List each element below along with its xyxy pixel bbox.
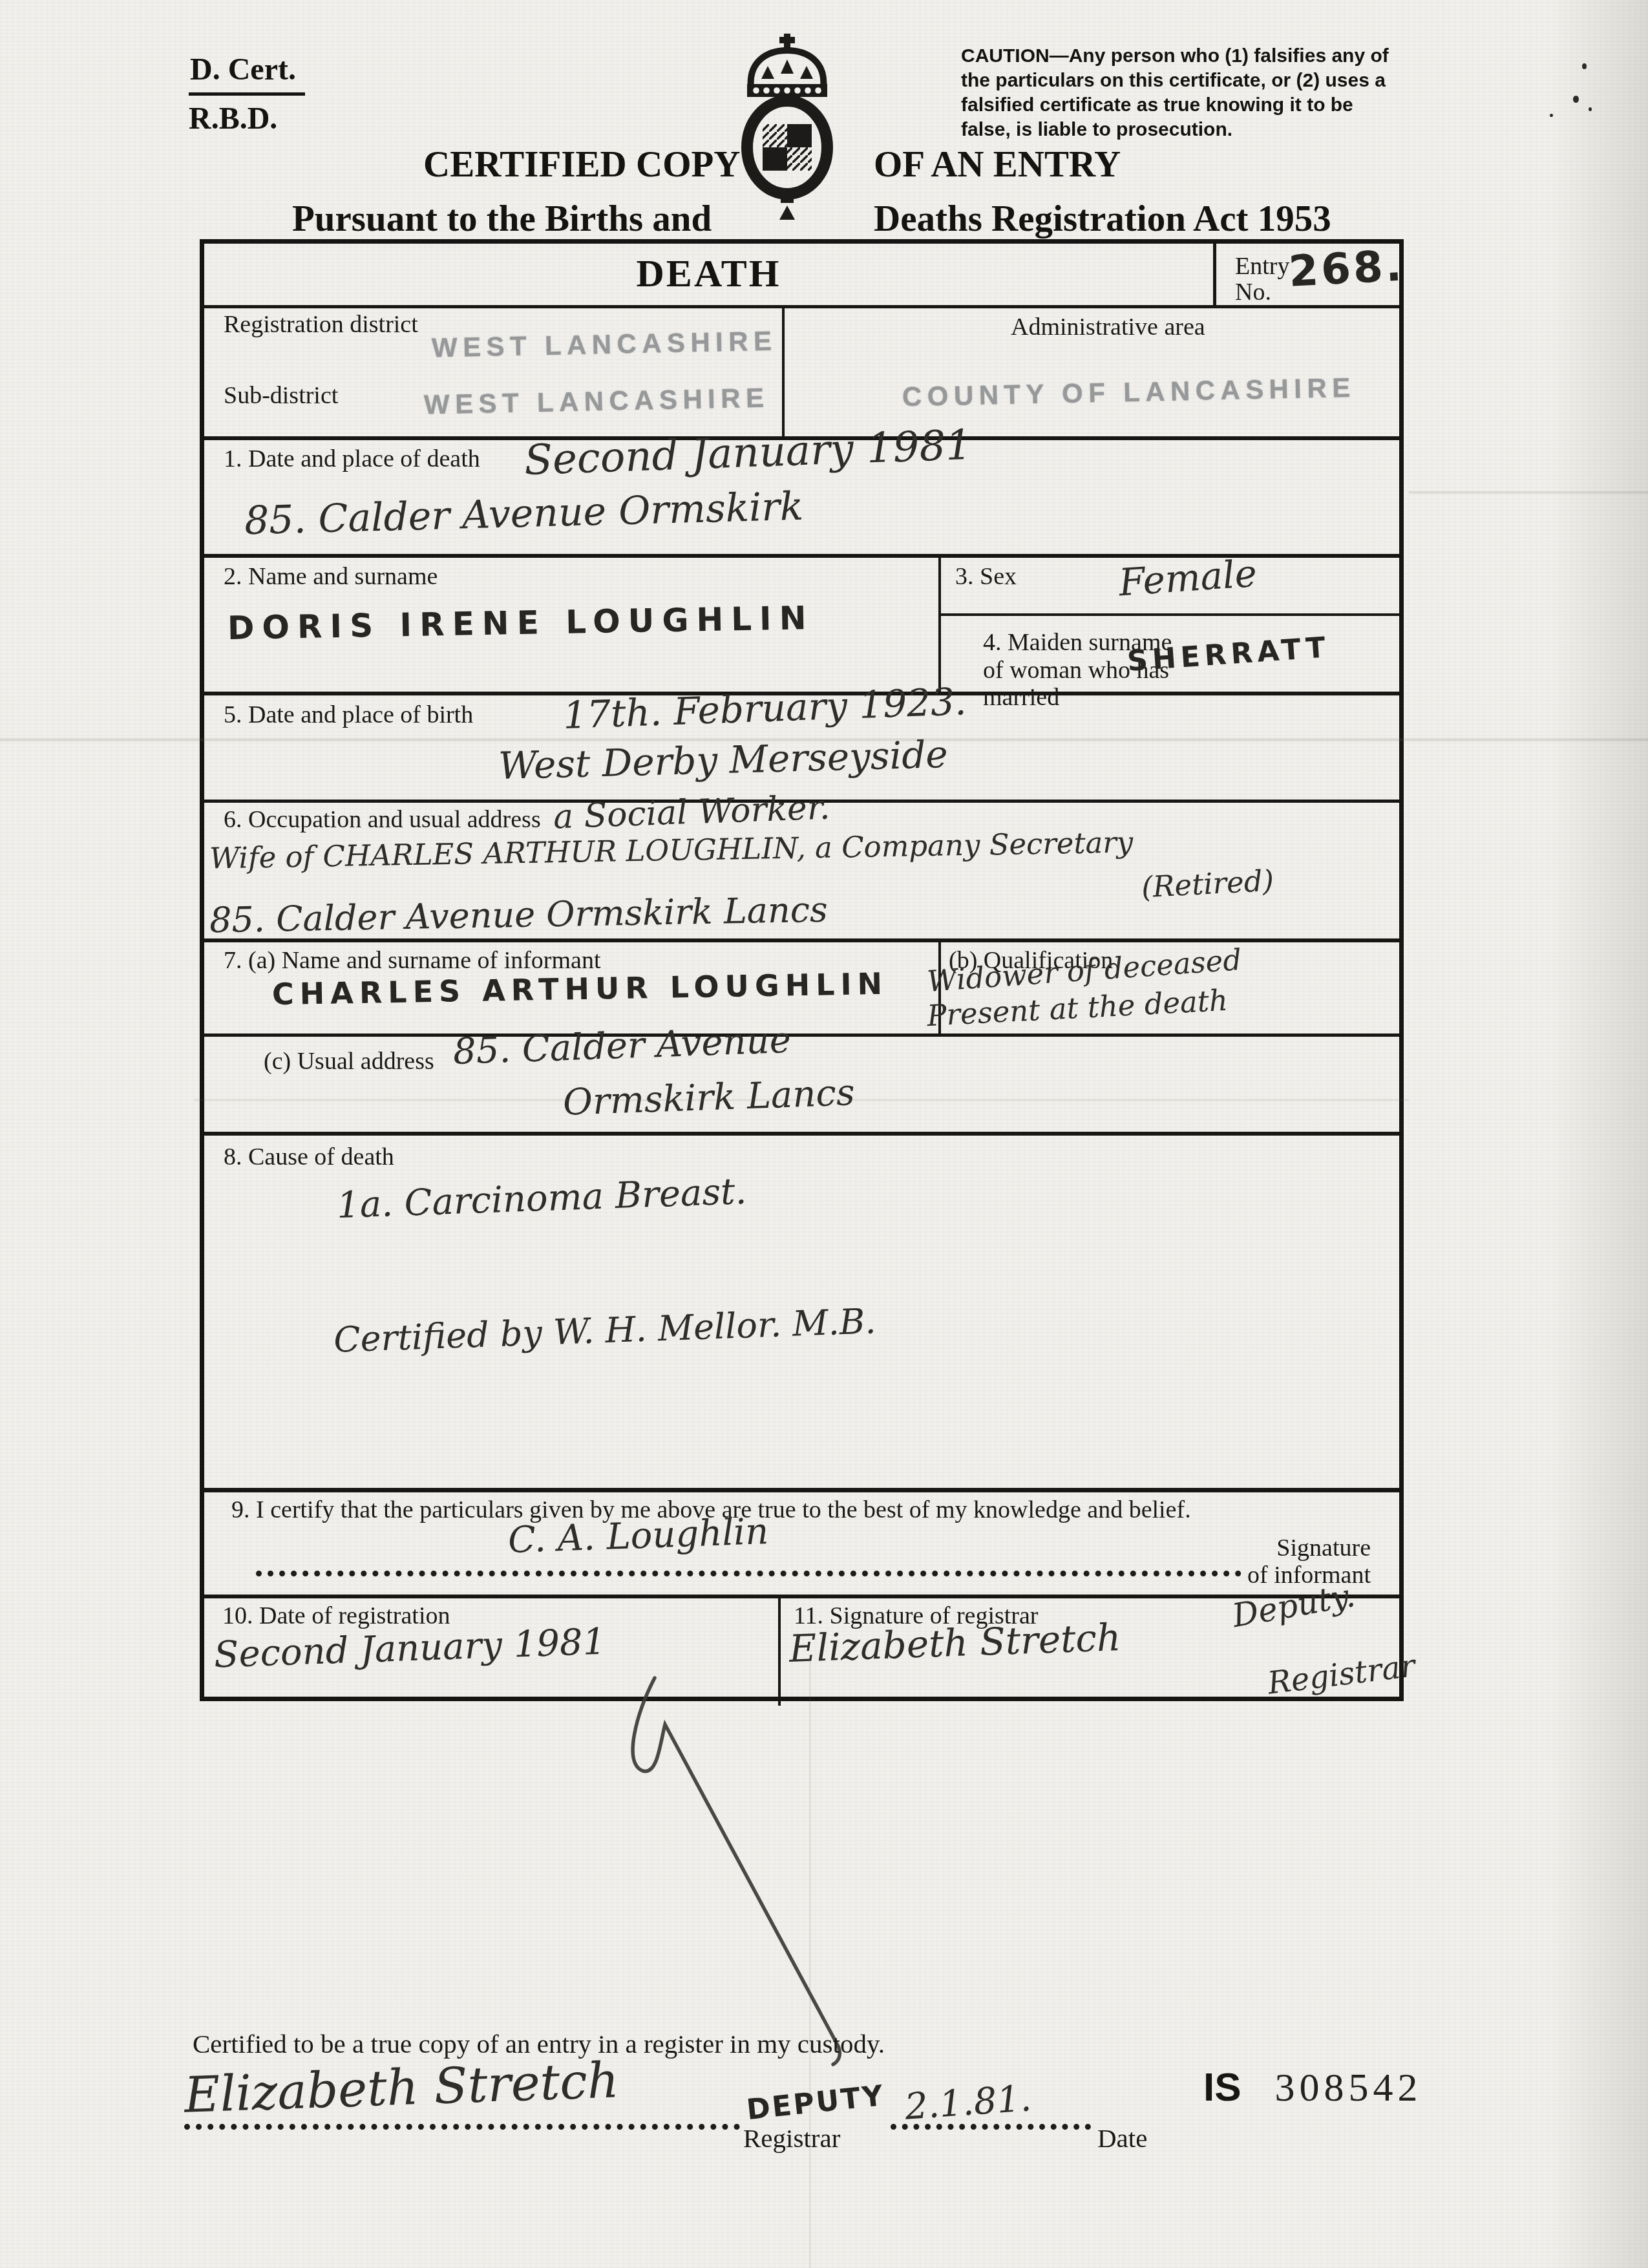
entry-label-line1: Entry [1235, 253, 1289, 281]
s3-label: 3. Sex [955, 563, 1017, 591]
caution-notice: CAUTION—Any person who (1) falsifies any… [961, 44, 1397, 142]
table-rule [778, 1595, 781, 1706]
form-code-top: D. Cert. [189, 52, 305, 96]
royal-coat-of-arms-icon [723, 31, 852, 225]
footer-signature-dotted-line [184, 2124, 740, 2130]
footer-registrar-signature: Elizabeth Stretch [184, 2055, 620, 2119]
serial-number: 308542 [1275, 2066, 1422, 2110]
footer-date-dotted-line [891, 2124, 1091, 2130]
certificate-table: DEATH Entry No. 268. Registration distri… [200, 239, 1404, 1701]
table-rule [204, 305, 1399, 308]
paper-fold [809, 1655, 811, 2268]
serial-prefix: IS [1203, 2065, 1241, 2110]
header-pursuant: Pursuant to the Births and [292, 198, 712, 240]
form-code-block: D. Cert. R.B.D. [189, 52, 305, 136]
s1-value-line1: Second January 1981 [523, 425, 973, 482]
s7c-value-line1: 85. Calder Avenue [452, 1023, 791, 1070]
ink-speck [1589, 107, 1592, 111]
registration-district-label: Registration district [224, 311, 418, 339]
sub-district-label: Sub-district [224, 382, 338, 410]
table-rule [204, 1132, 1399, 1136]
table-rule [204, 1033, 1399, 1037]
ink-speck [1582, 63, 1587, 69]
sig-label-line1: Signature [1238, 1535, 1371, 1562]
table-rule [938, 613, 1399, 616]
s2-value: DORIS IRENE LOUGHLIN [227, 602, 814, 644]
header-of-an-entry: OF AN ENTRY [874, 143, 1121, 185]
form-code-bottom: R.B.D. [189, 101, 305, 136]
table-rule [204, 1488, 1399, 1492]
table-rule [204, 1595, 1399, 1598]
s5-label: 5. Date and place of birth [224, 701, 473, 729]
paper-crease [1409, 491, 1648, 494]
ink-speck [1550, 114, 1553, 117]
s2-label: 2. Name and surname [224, 563, 438, 591]
s8-label: 8. Cause of death [224, 1143, 394, 1171]
s9-informant-signature: C. A. Loughlin [507, 1514, 769, 1559]
s5-value-line2: West Derby Merseyside [498, 736, 948, 785]
s7c-label: (c) Usual address [264, 1048, 434, 1076]
s3-value: Female [1117, 555, 1258, 602]
s7c-value-line2: Ormskirk Lancs [562, 1075, 855, 1121]
s6-value-line3: 85. Calder Avenue Ormskirk Lancs [209, 893, 829, 938]
s6-value-line1: a Social Worker. [553, 791, 830, 834]
scanned-death-certificate: D. Cert. R.B.D. CAUTION—Any person who (… [0, 0, 1648, 2268]
admin-area-label: Administrative area [1011, 313, 1205, 341]
s7a-value: CHARLES ARTHUR LOUGHLIN [272, 969, 889, 1010]
s10-value: Second January 1981 [213, 1624, 606, 1673]
s8-value-line2: Certified by W. H. Mellor. M.B. [333, 1304, 876, 1357]
registration-district-value: WEST LANCASHIRE [432, 325, 777, 363]
header-act: Deaths Registration Act 1953 [874, 198, 1331, 240]
sub-district-value: WEST LANCASHIRE [424, 382, 770, 420]
s1-label: 1. Date and place of death [224, 445, 480, 473]
s7a-label: 7. (a) Name and surname of informant [224, 947, 601, 975]
s6-value-line2: Wife of CHARLES ARTHUR LOUGHLIN, a Compa… [209, 828, 1134, 873]
s6-label: 6. Occupation and usual address [224, 806, 541, 834]
serial-number-block: IS 308542 [1203, 2064, 1422, 2111]
death-title: DEATH [204, 251, 1213, 296]
admin-area-value: COUNTY OF LANCASHIRE [902, 372, 1356, 413]
entry-number-value: 268. [1287, 244, 1405, 293]
footer-date-value: 2.1.81. [903, 2081, 1032, 2126]
entry-label-line2: No. [1235, 279, 1271, 306]
header-certified-copy: CERTIFIED COPY [423, 143, 740, 185]
footer-date-label: Date [1097, 2124, 1147, 2154]
ink-speck [1573, 96, 1579, 103]
s11-registrar-signature: Elizabeth Stretch [788, 1618, 1121, 1668]
s8-value-line1: 1a. Carcinoma Breast. [336, 1174, 747, 1224]
s1-value-line2: 85. Calder Avenue Ormskirk [244, 487, 804, 541]
s6-value-line2b: (Retired) [1141, 866, 1274, 902]
s11-title-registrar: Registrar [1266, 1650, 1417, 1699]
s5-value-line1: 17th. February 1923. [562, 683, 967, 734]
scan-edge-shadow [1551, 0, 1648, 2268]
table-rule [204, 938, 1399, 942]
footer-deputy-handwritten: DEPUTY [745, 2082, 886, 2125]
table-rule [782, 305, 785, 436]
footer-registrar-label: Registrar [743, 2124, 840, 2154]
table-rule [938, 554, 941, 692]
s10-label: 10. Date of registration [222, 1602, 450, 1630]
table-rule [1213, 244, 1216, 305]
signature-dotted-line [256, 1571, 1241, 1576]
